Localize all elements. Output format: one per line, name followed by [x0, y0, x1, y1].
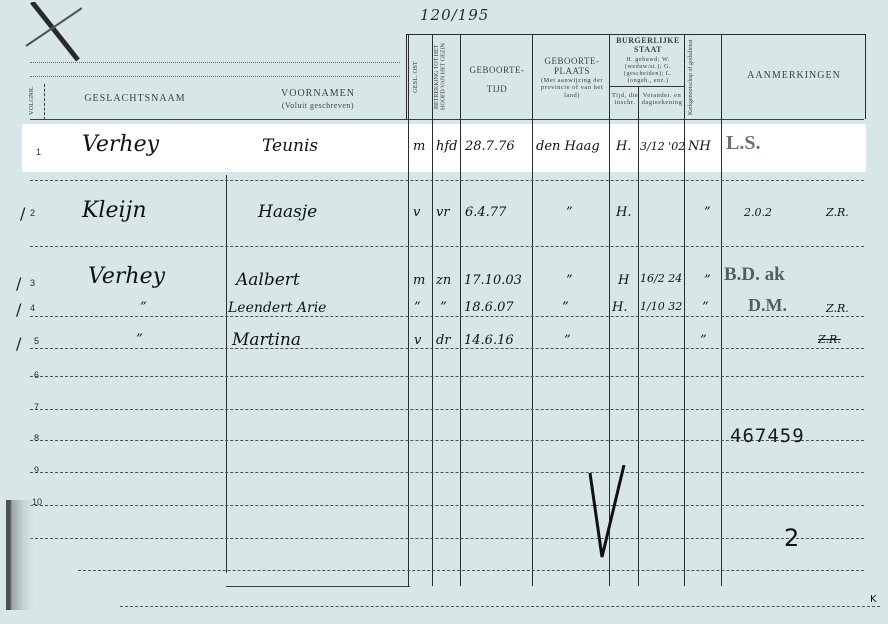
header-relation: BETREKKING TOT HET HOOFD VAN HET GEZIN	[434, 38, 460, 116]
civil-status-date: 16/2 24	[640, 272, 682, 285]
birth-date: 28.7.76	[465, 139, 515, 154]
row-number: 1	[36, 147, 41, 157]
rule	[30, 76, 400, 77]
sex: v	[414, 333, 421, 348]
remarks: 2.0.2	[744, 206, 772, 219]
header-civil-status-legend: H. gehuwd; W. (weduw/st.); G. (gescheide…	[612, 56, 684, 85]
given-names: Aalbert	[236, 270, 300, 290]
bottom-rule	[120, 606, 880, 607]
surname: Verhey	[82, 132, 159, 157]
check-mark-icon	[588, 465, 628, 565]
row-rule	[30, 316, 864, 317]
header-civil-status-time: Tijd, die inschr.	[610, 92, 640, 107]
header-religion: Kerkgenootschap of godsdienst	[688, 38, 718, 116]
birthplace: ”	[566, 205, 573, 220]
col-rule	[408, 34, 409, 586]
sex: m	[413, 273, 425, 288]
remarks-stamp: D.M.	[748, 295, 787, 316]
row-number: 7	[34, 402, 39, 412]
civil-status: H	[618, 273, 629, 288]
surname: ”	[140, 300, 147, 315]
registration-number: 467459	[730, 425, 805, 447]
relation: hfd	[436, 139, 458, 154]
header-given-names: VOORNAMEN	[228, 88, 408, 100]
card-edge-shadow	[6, 500, 34, 610]
civil-status-date: 3/12 '02	[640, 140, 685, 153]
tally-mark: /	[16, 300, 21, 319]
given-names: Martina	[232, 330, 301, 350]
row-rule	[78, 570, 864, 571]
civil-divider	[610, 86, 684, 87]
header-surname: GESLACHTSNAAM	[50, 93, 220, 105]
col-rule	[721, 34, 722, 586]
header-civil-status-change: Verander. en dagteekening	[640, 92, 684, 107]
relation: vr	[436, 205, 450, 220]
row-rule	[30, 246, 864, 247]
header-birthplace-2: PLAATS	[534, 66, 610, 76]
row-rule	[30, 409, 864, 410]
row-rule	[30, 505, 864, 506]
surname: Kleijn	[82, 198, 147, 223]
header-row-number: VOLGNR.	[28, 84, 42, 118]
tally-mark: /	[16, 334, 21, 353]
header-given-names-note: (Voluit geschreven)	[228, 101, 408, 110]
given-names: Teunis	[262, 136, 318, 156]
religion: ”	[702, 300, 709, 315]
tally-mark: /	[16, 274, 21, 293]
row-rule	[30, 180, 864, 181]
header-birthplace-1: GEBOORTE-	[534, 56, 610, 66]
folio-number: 120/195	[420, 6, 489, 24]
col-rule	[638, 86, 639, 586]
surname: ”	[136, 332, 143, 347]
relation: dr	[436, 333, 451, 348]
row-rule	[30, 538, 864, 539]
header-birth-date-2: TIJD	[462, 84, 532, 94]
civil-status: H.	[616, 205, 631, 220]
birth-date: 18.6.07	[464, 300, 514, 315]
surname: Verhey	[88, 264, 165, 289]
birth-date: 14.6.16	[464, 333, 514, 348]
sex: v	[413, 205, 420, 220]
row-rule	[30, 472, 864, 473]
row-rule	[226, 586, 410, 587]
birthplace: den Haag	[536, 139, 600, 154]
birthplace: ”	[562, 300, 569, 315]
civil-status: H.	[612, 300, 627, 315]
col-rule	[44, 84, 45, 120]
col-rule	[684, 34, 685, 586]
tally-mark: /	[20, 204, 25, 223]
page-number: 2	[784, 524, 799, 552]
col-rule	[432, 34, 433, 586]
remarks-2: Z.R.	[826, 206, 849, 219]
remarks-2: Z.R.	[826, 302, 849, 315]
col-rule	[460, 34, 461, 586]
remarks: Z.R.	[818, 333, 841, 346]
religion: NH	[688, 139, 711, 154]
civil-status: H.	[616, 139, 631, 154]
row-number: 8	[34, 433, 39, 443]
row-number: 2	[30, 208, 35, 218]
birthplace: ”	[566, 273, 573, 288]
religion: ”	[704, 205, 711, 220]
relation: ”	[440, 300, 447, 315]
birthplace: ”	[564, 333, 571, 348]
birth-date: 17.10.03	[464, 273, 522, 288]
row-number: 4	[30, 303, 35, 313]
religion: ”	[700, 333, 707, 348]
row-rule	[30, 348, 864, 349]
col-rule	[532, 34, 533, 586]
civil-status-date: 1/10 32	[640, 300, 682, 313]
sex: ”	[414, 300, 421, 315]
birth-date: 6.4.77	[465, 205, 506, 220]
row-number: 3	[30, 278, 35, 288]
header-birthplace-note: (Met aanwijzing der provincie of van het…	[536, 77, 608, 99]
given-names: Haasje	[258, 202, 317, 222]
header-sex: GESL. OST	[412, 40, 428, 114]
given-names: Leendert Arie	[228, 300, 326, 316]
row-number: 5	[34, 336, 39, 346]
header-bottom-rule	[30, 119, 864, 120]
header-remarks: AANMERKINGEN	[724, 70, 864, 82]
row-number: 9	[34, 465, 39, 475]
row-number: 6	[34, 370, 39, 380]
rule	[30, 62, 400, 63]
col-rule	[226, 175, 227, 573]
header-civil-status: BURGERLIJKE STAAT	[612, 36, 684, 54]
row-rule	[30, 376, 864, 377]
relation: zn	[436, 273, 451, 288]
remarks-stamp: L.S.	[726, 132, 760, 155]
register-card: 120/195 VOLGNR. GESLACHTSNAAM VOORNAMEN …	[0, 0, 888, 624]
sex: m	[413, 139, 425, 154]
header-birth-date-1: GEBOORTE-	[462, 65, 532, 75]
corner-mark: K	[870, 594, 877, 605]
religion: ”	[704, 273, 711, 288]
pencil-x-mark-icon	[22, 2, 82, 62]
remarks-stamp: B.D. ak	[724, 264, 785, 286]
